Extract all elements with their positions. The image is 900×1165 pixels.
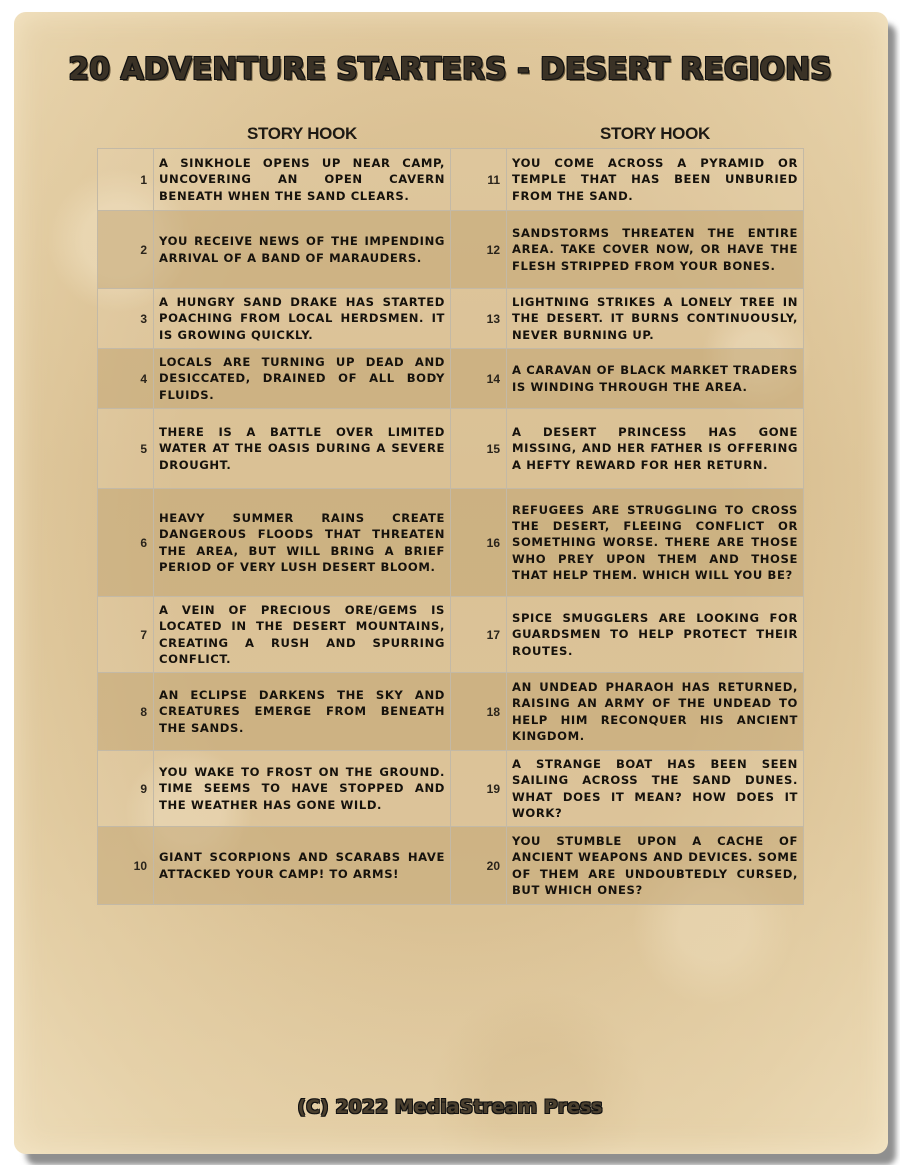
hook-text: You stumble upon a cache of ancient weap… bbox=[507, 827, 804, 905]
table-row: 1A sinkhole opens up near camp, uncoveri… bbox=[98, 149, 804, 211]
hook-number: 14 bbox=[451, 349, 507, 409]
table-row: 6Heavy summer rains create dangerous flo… bbox=[98, 489, 804, 597]
table-row: 3A hungry sand drake has started poachin… bbox=[98, 289, 804, 349]
hook-number: 15 bbox=[451, 409, 507, 489]
hook-number: 11 bbox=[451, 149, 507, 211]
table-row: 8An eclipse darkens the sky and creature… bbox=[98, 673, 804, 751]
hook-text: An undead pharaoh has returned, raising … bbox=[507, 673, 804, 751]
hook-text: Spice smugglers are looking for guardsme… bbox=[507, 597, 804, 673]
header-number-left bbox=[98, 120, 154, 149]
hook-text: You wake to frost on the ground. Time se… bbox=[154, 751, 451, 827]
hook-number: 16 bbox=[451, 489, 507, 597]
hook-number: 1 bbox=[98, 149, 154, 211]
hook-text: An eclipse darkens the sky and creatures… bbox=[154, 673, 451, 751]
hook-text: Heavy summer rains create dangerous floo… bbox=[154, 489, 451, 597]
hook-text: Locals are turning up dead and desiccate… bbox=[154, 349, 451, 409]
page-title: 20 ADVENTURE STARTERS - DESERT REGIONS bbox=[0, 52, 900, 87]
hook-text: Giant scorpions and scarabs have attacke… bbox=[154, 827, 451, 905]
hook-text: A hungry sand drake has started poaching… bbox=[154, 289, 451, 349]
table-header-row: STORY HOOK STORY HOOK bbox=[98, 120, 804, 149]
table-row: 7A vein of precious ore/gems is located … bbox=[98, 597, 804, 673]
hook-text: A vein of precious ore/gems is located i… bbox=[154, 597, 451, 673]
hook-text: A desert princess has gone missing, and … bbox=[507, 409, 804, 489]
hook-text: You come across a pyramid or temple that… bbox=[507, 149, 804, 211]
hook-number: 12 bbox=[451, 211, 507, 289]
hook-number: 2 bbox=[98, 211, 154, 289]
table-row: 2You receive news of the impending arriv… bbox=[98, 211, 804, 289]
hook-number: 10 bbox=[98, 827, 154, 905]
hook-text: A caravan of black market traders is win… bbox=[507, 349, 804, 409]
header-number-right bbox=[451, 120, 507, 149]
hook-text: Lightning strikes a lonely tree in the d… bbox=[507, 289, 804, 349]
table-row: 4Locals are turning up dead and desiccat… bbox=[98, 349, 804, 409]
hook-number: 4 bbox=[98, 349, 154, 409]
hook-text: Refugees are struggling to cross the des… bbox=[507, 489, 804, 597]
story-hooks-table: STORY HOOK STORY HOOK 1A sinkhole opens … bbox=[97, 120, 804, 905]
hook-text: Sandstorms threaten the entire area. Tak… bbox=[507, 211, 804, 289]
hook-text: A strange boat has been seen sailing acr… bbox=[507, 751, 804, 827]
hook-text: A sinkhole opens up near camp, uncoverin… bbox=[154, 149, 451, 211]
hook-number: 5 bbox=[98, 409, 154, 489]
hook-number: 9 bbox=[98, 751, 154, 827]
table-body: 1A sinkhole opens up near camp, uncoveri… bbox=[98, 149, 804, 905]
hook-number: 7 bbox=[98, 597, 154, 673]
hook-text: There is a battle over limited water at … bbox=[154, 409, 451, 489]
hook-text: You receive news of the impending arriva… bbox=[154, 211, 451, 289]
copyright-footer: (C) 2022 MediaStream Press bbox=[0, 1096, 900, 1118]
header-story-hook-left: STORY HOOK bbox=[154, 120, 451, 149]
hook-number: 19 bbox=[451, 751, 507, 827]
hook-number: 3 bbox=[98, 289, 154, 349]
hook-number: 17 bbox=[451, 597, 507, 673]
header-story-hook-right: STORY HOOK bbox=[507, 120, 804, 149]
table-row: 9You wake to frost on the ground. Time s… bbox=[98, 751, 804, 827]
table-row: 10Giant scorpions and scarabs have attac… bbox=[98, 827, 804, 905]
hook-number: 20 bbox=[451, 827, 507, 905]
hook-number: 6 bbox=[98, 489, 154, 597]
hook-number: 18 bbox=[451, 673, 507, 751]
table-row: 5There is a battle over limited water at… bbox=[98, 409, 804, 489]
hook-number: 13 bbox=[451, 289, 507, 349]
hook-number: 8 bbox=[98, 673, 154, 751]
